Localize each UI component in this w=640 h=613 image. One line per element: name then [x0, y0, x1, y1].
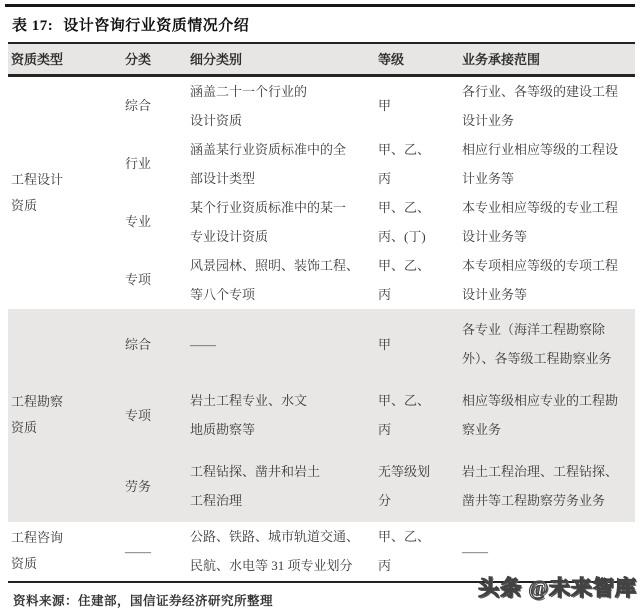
table-row: 工程设计 资质 综合 涵盖二十一个行业的 设计资质 甲 各行业、各等级的建设工程…: [8, 75, 635, 135]
category-cell: 专项: [120, 251, 186, 309]
subdivision-cell: 岩土工程专业、水文 地质勘察等: [186, 380, 376, 451]
col-header-scope: 业务承接范围: [458, 43, 635, 75]
qualification-type-cell: 工程咨询 资质: [8, 522, 120, 582]
scope-cell: 各行业、各等级的建设工程 设计业务: [458, 75, 635, 135]
qualification-type-cell: 工程设计 资质: [8, 75, 120, 309]
qualification-table: 资质类型 分类 细分类别 等级 业务承接范围 工程设计 资质 综合 涵盖二十一个…: [8, 42, 635, 583]
scope-cell: 相应行业相应等级的工程设 计业务等: [458, 135, 635, 193]
grade-cell: 甲、乙、 丙: [376, 251, 458, 309]
category-cell: 专业: [120, 193, 186, 251]
grade-cell: 甲: [376, 309, 458, 380]
grade-cell: 甲、乙、 丙: [376, 522, 458, 582]
grade-cell: 无等级划 分: [376, 451, 458, 522]
table-row: 工程勘察 资质 综合 —— 甲 各专业（海洋工程勘察除 外）、各等级工程勘察业务: [8, 309, 635, 380]
col-header-subdivision: 细分类别: [186, 43, 376, 75]
page-title: 表 17:设计咨询行业资质情况介绍: [12, 14, 640, 35]
category-cell: ——: [120, 522, 186, 582]
subdivision-cell: 公路、铁路、城市轨道交通、 民航、水电等 31 项专业划分: [186, 522, 376, 582]
category-cell: 劳务: [120, 451, 186, 522]
scope-cell: 本专业相应等级的专业工程 设计业务等: [458, 193, 635, 251]
col-header-grade: 等级: [376, 43, 458, 75]
col-header-category: 分类: [120, 43, 186, 75]
category-cell: 专项: [120, 380, 186, 451]
grade-cell: 甲: [376, 75, 458, 135]
scope-cell: 岩土工程治理、工程钻探、 凿井等工程勘察劳务业务: [458, 451, 635, 522]
grade-cell: 甲、乙、 丙、(丁): [376, 193, 458, 251]
toutiao-watermark: 头条 @未来智库: [478, 572, 637, 602]
table-header: 资质类型 分类 细分类别 等级 业务承接范围: [8, 43, 635, 75]
grade-cell: 甲、乙、 丙: [376, 135, 458, 193]
category-cell: 行业: [120, 135, 186, 193]
subdivision-cell: 涵盖二十一个行业的 设计资质: [186, 75, 376, 135]
col-header-qualification-type: 资质类型: [8, 43, 120, 75]
section-engineering-survey: 工程勘察 资质 综合 —— 甲 各专业（海洋工程勘察除 外）、各等级工程勘察业务…: [8, 309, 635, 522]
subdivision-cell: 风景园林、照明、装饰工程、 等八个专项: [186, 251, 376, 309]
qualification-type-cell: 工程勘察 资质: [8, 309, 120, 522]
scope-cell: 各专业（海洋工程勘察除 外）、各等级工程勘察业务: [458, 309, 635, 380]
grade-cell: 甲、乙、 丙: [376, 380, 458, 451]
table-title-text: 设计咨询行业资质情况介绍: [63, 18, 249, 34]
scope-cell: 本专项相应等级的专项工程 设计业务等: [458, 251, 635, 309]
scope-cell: 相应等级相应专业的工程勘 察业务: [458, 380, 635, 451]
subdivision-cell: 涵盖某行业资质标准中的全 部设计类型: [186, 135, 376, 193]
table-number-label: 表 17:: [12, 18, 53, 34]
top-rule-line: [5, 4, 635, 7]
category-cell: 综合: [120, 309, 186, 380]
category-cell: 综合: [120, 75, 186, 135]
subdivision-cell: ——: [186, 309, 376, 380]
table-header-row: 资质类型 分类 细分类别 等级 业务承接范围: [8, 43, 635, 75]
subdivision-cell: 工程钻探、凿井和岩土 工程治理: [186, 451, 376, 522]
subdivision-cell: 某个行业资质标准中的某一 专业设计资质: [186, 193, 376, 251]
section-engineering-design: 工程设计 资质 综合 涵盖二十一个行业的 设计资质 甲 各行业、各等级的建设工程…: [8, 75, 635, 309]
